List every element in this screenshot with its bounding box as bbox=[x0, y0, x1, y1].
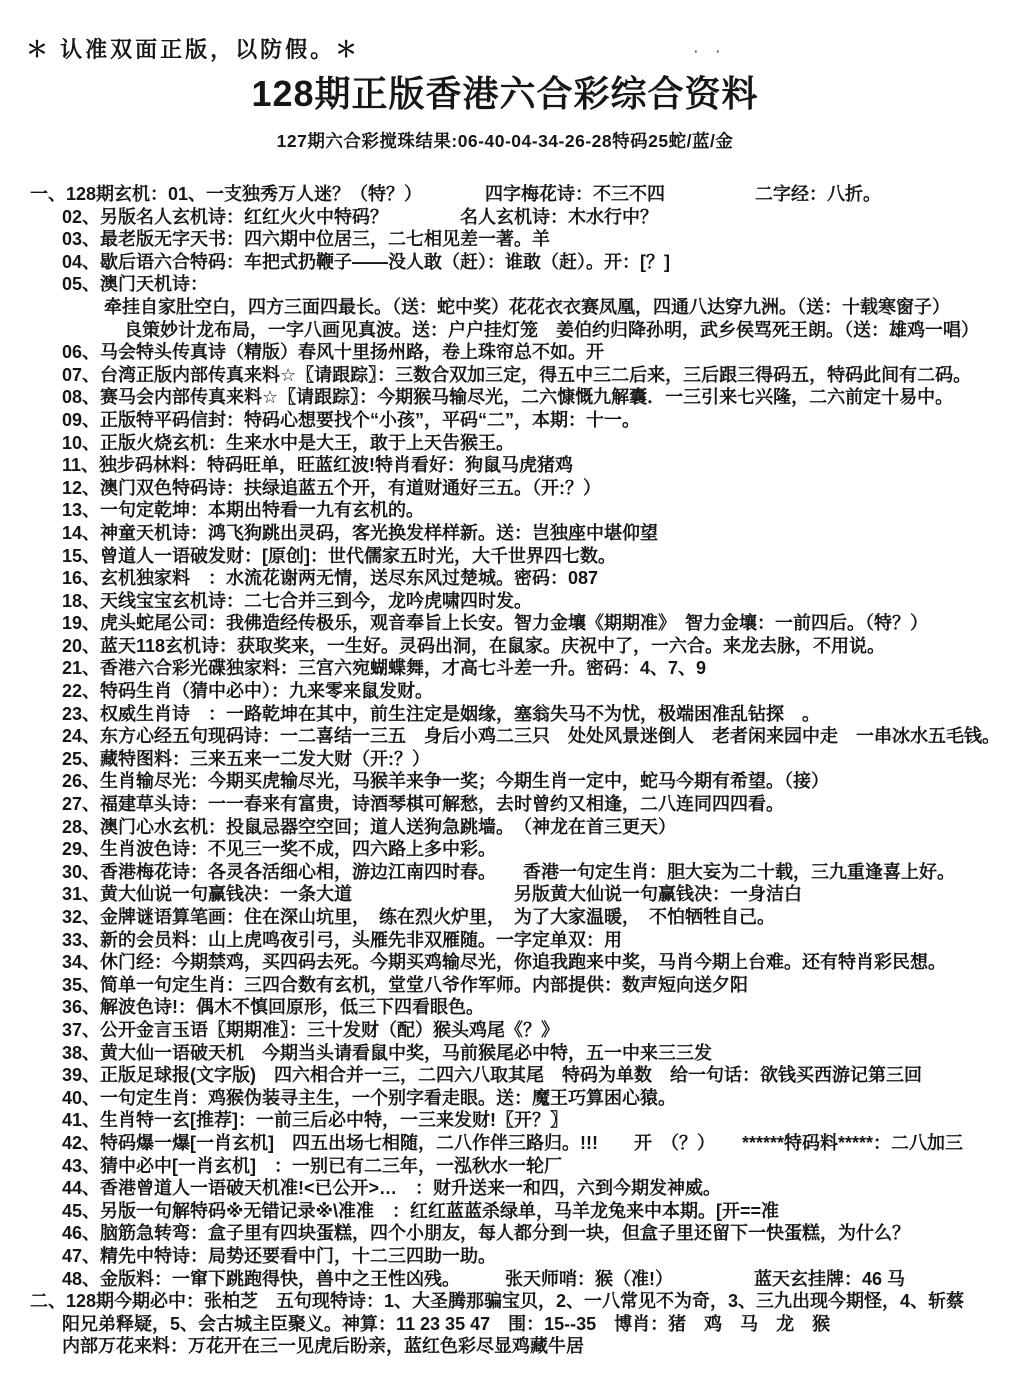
text-line: 06、马会特头传真诗（精版）春风十里扬州路，卷上珠帘总不如。开 bbox=[0, 341, 1010, 364]
text-line: 19、虎头蛇尾公司：我佛造经传极乐，观音奉旨上长安。智力金壤《期期准》 智力金壤… bbox=[0, 612, 1010, 635]
text-line: 42、特码爆一爆[一肖玄机] 四五出场七相随，二八作伴三路归。!!! 开 （？）… bbox=[0, 1132, 1010, 1155]
text-line: 阳兄弟释疑，5、会古城主臣聚义。神算：11 23 35 47 围：15--35 … bbox=[0, 1313, 1010, 1336]
text-line: 34、休门经：今期禁鸡，买四码去死。今期买鸡输尽光，你追我跑来中奖，马肖今期上台… bbox=[0, 951, 1010, 974]
text-line: 内部万花来料：万花开在三一见虎后盼亲，蓝红色彩尽显鸡藏牛居 bbox=[0, 1335, 1010, 1358]
text-line: 40、一句定生肖：鸡猴伪装寻主生，一个别字看走眼。送：魔王巧算困心猿。 bbox=[0, 1087, 1010, 1110]
text-line: 10、正版火烧玄机：生来水中是大王，敢于上天告猴王。 bbox=[0, 432, 1010, 455]
text-line: 22、特码生肖（猜中必中）：九来零来鼠发财。 bbox=[0, 680, 1010, 703]
text-line: 44、香港曾道人一语破天机准!<已公开>… ：财升送来一和四，六到今期发神威。 bbox=[0, 1177, 1010, 1200]
text-line: 48、金版料：一窜下跳跑得快，兽中之王性凶残。 张天师哨：猴（准!） 蓝天玄挂牌… bbox=[0, 1268, 1010, 1291]
text-line: 23、权威生肖诗 ：一路乾坤在其中，前生注定是姻缘，塞翁失马不为忧，极端困准乱钻… bbox=[0, 703, 1010, 726]
text-line: 12、澳门双色特码诗：扶绿追蓝五个开，有道财通好三五。（开:？） bbox=[0, 477, 1010, 500]
text-line: 07、台湾正版内部传真来料☆〖请跟踪〗：三数合双加三定，得五中三二后来，三后跟三… bbox=[0, 364, 1010, 387]
anti-counterfeit-notice: ＊ 认准双面正版，以防假。＊ bbox=[26, 33, 360, 64]
text-line: 良策妙计龙布局，一字八画见真波。送：户户挂灯笼 姜伯约归降孙明，武乡侯骂死王朗。… bbox=[0, 319, 1010, 342]
text-line: 47、精先中特诗：局势还要看中门，十二三四助一助。 bbox=[0, 1245, 1010, 1268]
text-line: 46、脑筋急转弯：盒子里有四块蛋糕，四个小朋友，每人都分到一块，但盒子里还留下一… bbox=[0, 1222, 1010, 1245]
text-line: 43、猜中必中[一肖玄机] ：一别已有二三年，一泓秋水一轮厂 bbox=[0, 1155, 1010, 1178]
document-page: ＊ 认准双面正版，以防假。＊ · · 128期正版香港六合彩综合资料 127期六… bbox=[0, 0, 1010, 1388]
text-line: 04、歇后语六合特码：车把式扔鞭子——没人敢（赶）：谁敢（赶）。开：[？] bbox=[0, 251, 1010, 274]
text-line: 32、金牌谜语算笔画：住在深山坑里， 练在烈火炉里， 为了大家温暖， 不怕牺牲自… bbox=[0, 906, 1010, 929]
text-line: 21、香港六合彩光碟独家料：三宫六宛蝴蝶舞，才高七斗差一升。密码：4、7、9 bbox=[0, 657, 1010, 680]
text-line: 38、黄大仙一语破天机 今期当头请看鼠中奖，马前猴尾必中特，五一中来三三发 bbox=[0, 1042, 1010, 1065]
text-line: 15、曾道人一语破发财：[原创]：世代儒家五时光，大千世界四七数。 bbox=[0, 545, 1010, 568]
text-line: 02、另版名人玄机诗：红红火火中特码？ 名人玄机诗：木水行中？ bbox=[0, 206, 1010, 229]
scan-stray-marks: · · bbox=[694, 44, 727, 59]
text-line: 39、正版足球报(文字版) 四六相合并一三，二四六八取其尾 特码为单数 给一句话… bbox=[0, 1064, 1010, 1087]
text-line: 35、简单一句定生肖：三四合数有玄机，堂堂八爷作军师。内部提供：数声短向送夕阳 bbox=[0, 974, 1010, 997]
text-line: 09、正版特平码信封：特码心想要找个“小孩”，平码“二”，本期：十一。 bbox=[0, 409, 1010, 432]
text-line: 11、独步码林料：特码旺单，旺蓝红波!特肖看好：狗鼠马虎猪鸡 bbox=[0, 454, 1010, 477]
text-line: 18、天线宝宝玄机诗：二七合并三到今，龙吟虎啸四时发。 bbox=[0, 590, 1010, 613]
content-lines: 一、128期玄机：01、一支独秀万人迷？（特？） 四字梅花诗：不三不四 二字经：… bbox=[0, 183, 1010, 1358]
text-line: 26、生肖输尽光：今期买虎输尽光，马猴羊来争一奖；今期生肖一定中，蛇马今期有希望… bbox=[0, 770, 1010, 793]
text-line: 30、香港梅花诗：各灵各活细心相，游边江南四时春。 香港一句定生肖：胆大妄为二十… bbox=[0, 861, 1010, 884]
text-line: 二、128期今期必中：张柏芝 五句现特诗：1、大圣腾那骗宝贝，2、一八常见不为奇… bbox=[0, 1290, 1010, 1313]
text-line: 13、一句定乾坤：本期出特看一九有玄机的。 bbox=[0, 499, 1010, 522]
text-line: 31、黄大仙说一句赢钱决：一条大道 另版黄大仙说一句赢钱决：一身洁白 bbox=[0, 883, 1010, 906]
text-line: 27、福建草头诗：一一春来有富贵，诗酒琴棋可解愁，去时曾约又相逢，二八连同四四看… bbox=[0, 793, 1010, 816]
text-line: 41、生肖特一玄[推荐]：一前三后必中特，一三来发财!〖开？〗 bbox=[0, 1109, 1010, 1132]
text-line: 45、另版一句解特码※无错记录※\准准 ：红红蓝蓝杀绿单，马羊龙兔来中本期。[开… bbox=[0, 1200, 1010, 1223]
text-line: 29、生肖波色诗：不见三一奖不成，四六路上多中彩。 bbox=[0, 838, 1010, 861]
text-line: 24、东方心经五句现码诗：一二喜结一三五 身后小鸡二三只 处处风景迷倒人 老者闲… bbox=[0, 725, 1010, 748]
text-line: 33、新的会员料：山上虎鸣夜引弓，头雁先非双雁随。一字定单双：用 bbox=[0, 929, 1010, 952]
text-line: 28、澳门心水玄机：投鼠忌器空空回；道人送狗急跳墙。 （神龙在首三更天） bbox=[0, 816, 1010, 839]
text-line: 37、公开金言玉语〖期期准〗：三十发财（配）猴头鸡尾《？》 bbox=[0, 1019, 1010, 1042]
previous-draw-result: 127期六合彩搅珠结果:06-40-04-34-26-28特码25蛇/蓝/金 bbox=[0, 128, 1010, 153]
text-line: 25、藏特图料：三来五来一二发大财（开:？） bbox=[0, 748, 1010, 771]
text-line: 牵挂自家肚空白，四方三面四最长。（送：蛇中奖）花花衣衣赛凤凰，四通八达穿九洲。（… bbox=[0, 296, 1010, 319]
text-line: 16、玄机独家料 ：水流花谢两无情，送尽东风过楚城。密码：087 bbox=[0, 567, 1010, 590]
text-line: 36、解波色诗!：偶木不慎回原形，低三下四看眼色。 bbox=[0, 996, 1010, 1019]
text-line: 05、澳门天机诗： bbox=[0, 273, 1010, 296]
text-line: 一、128期玄机：01、一支独秀万人迷？（特？） 四字梅花诗：不三不四 二字经：… bbox=[0, 183, 1010, 206]
text-line: 08、赛马会内部传真来料☆〖请跟踪〗：今期猴马输尽光，二六慷慨九解囊．一三引来七… bbox=[0, 386, 1010, 409]
text-line: 20、蓝天118玄机诗：获取奖来，一生好。灵码出洞，在鼠家。庆祝中了，一六合。来… bbox=[0, 635, 1010, 658]
page-title: 128期正版香港六合彩综合资料 bbox=[0, 66, 1010, 117]
text-line: 03、最老版无字天书：四六期中位居三，二七相见差一著。羊 bbox=[0, 228, 1010, 251]
text-line: 14、神童天机诗：鸿飞狗跳出灵码，客光换发样样新。送：岂独座中堪仰望 bbox=[0, 522, 1010, 545]
